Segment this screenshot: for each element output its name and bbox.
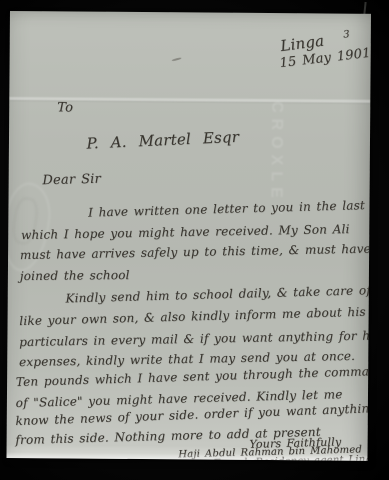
body-line: like your own son, & also kindly inform … — [19, 304, 371, 328]
letter-paper: CROXLEY Linga 3 15 May 1901 To P. A. Mar… — [6, 11, 370, 461]
body-line: which I hope you might have received. My… — [21, 222, 350, 242]
body-line: joined the school — [20, 268, 130, 283]
body-line: Kindly send him to school daily, & take … — [65, 282, 371, 305]
body-line: I have written one letter to you in the … — [88, 197, 371, 219]
body-line: must have arrives safely up to this time… — [20, 242, 371, 262]
salutation-to: To — [57, 100, 73, 115]
addressee-name: P. A. Martel Esqr — [86, 128, 239, 153]
paper-corner-tear — [363, 2, 366, 14]
body-line: particulars in every mail & if you want … — [19, 328, 371, 349]
scanned-letter-photo: CROXLEY Linga 3 15 May 1901 To P. A. Mar… — [0, 0, 389, 480]
greeting: Dear Sir — [42, 172, 101, 189]
page-number: 3 — [343, 29, 351, 41]
pencil-speck — [172, 57, 182, 61]
